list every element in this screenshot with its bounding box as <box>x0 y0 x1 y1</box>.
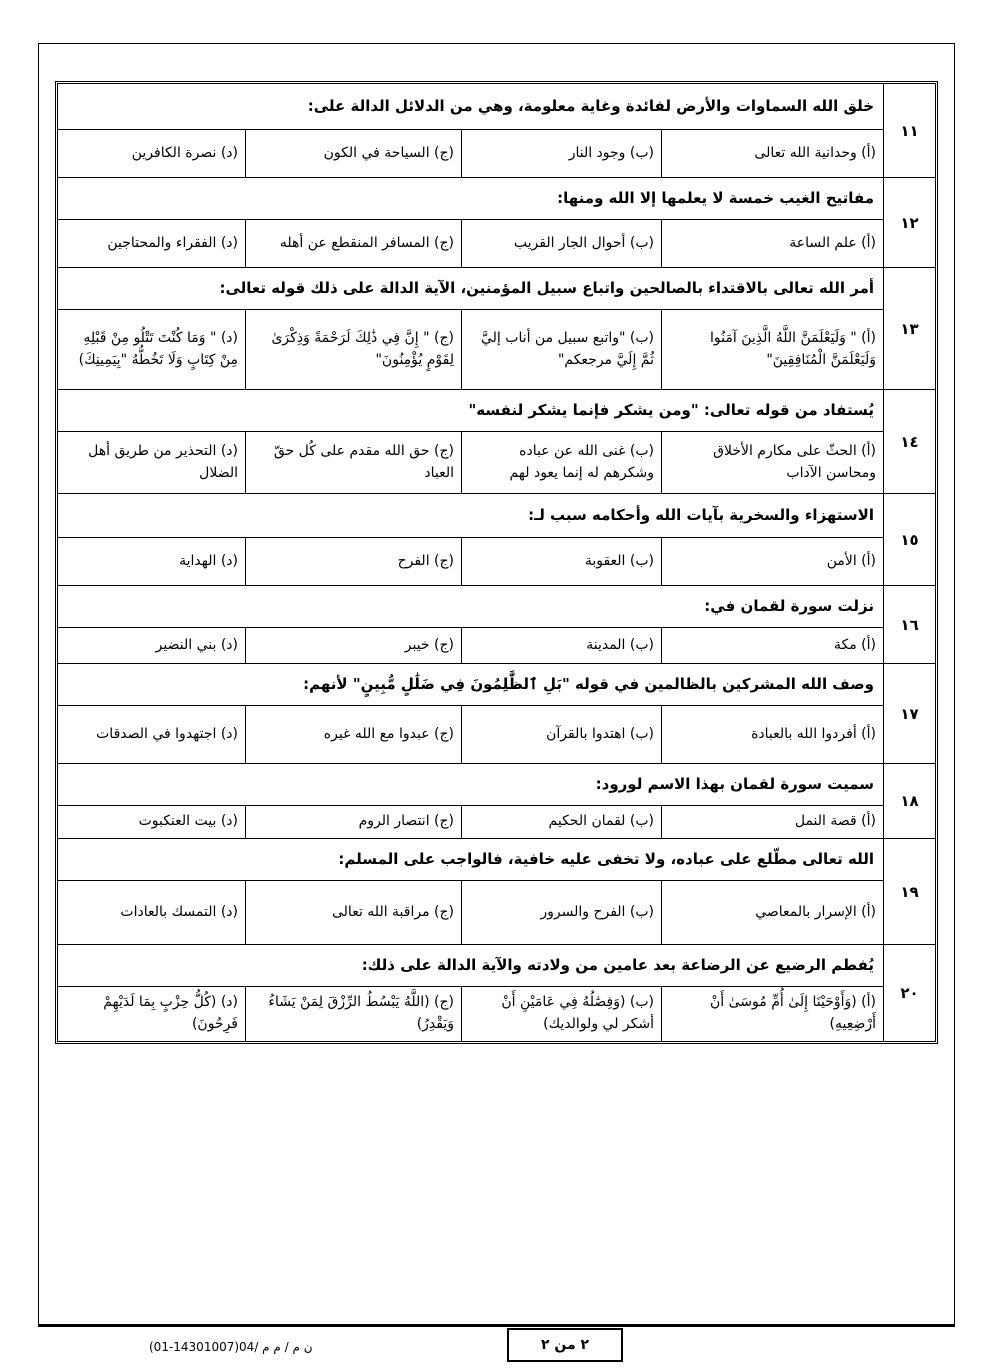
option-b: (ب) المدينة <box>462 628 662 664</box>
question-number: ٢٠ <box>884 945 936 1042</box>
option-a: (أ) علم الساعة <box>662 220 884 268</box>
option-c: (ج) حق الله مقدم على كُل حقّ العباد <box>246 432 462 494</box>
option-a: (أ) الإسرار بالمعاصي <box>662 881 884 945</box>
question-text: الاستهزاء والسخرية بآيات الله وأحكامه سب… <box>57 494 883 538</box>
option-d: (د) بيت العنكبوت <box>57 806 245 839</box>
question-text: يُستفاد من قوله تعالى: "ومن يشكر فإنما ي… <box>57 390 883 432</box>
option-c: (ج) خيبر <box>246 628 462 664</box>
option-c: (ج) (اللَّهُ يَبْسُطُ الرِّزْقَ لِمَنْ ي… <box>246 987 462 1042</box>
option-b: (ب) الفرح والسرور <box>462 881 662 945</box>
question-block: ١٣ أمر الله تعالى بالاقتداء بالصالحين وا… <box>57 268 935 390</box>
page-frame: ١١ خلق الله السماوات والأرض لفائدة وغاية… <box>38 43 955 1327</box>
option-a: (أ) الحثّ على مكارم الأخلاق ومحاسن الآدا… <box>662 432 884 494</box>
option-b: (ب) اهتدوا بالقرآن <box>462 706 662 764</box>
option-d: (د) (كُلُّ حِزْبٍ بِمَا لَدَيْهِمْ فَرِح… <box>57 987 245 1042</box>
option-a: (أ) الأمن <box>662 538 884 586</box>
footer-code-label: ن م / م م /04 <box>239 1340 313 1354</box>
option-d: (د) التمسك بالعادات <box>57 881 245 945</box>
option-a: (أ) وحدانية الله تعالى <box>662 130 884 178</box>
question-number: ١٣ <box>884 268 936 390</box>
question-text: الله تعالى مطّلع على عباده، ولا تخفى علي… <box>57 839 883 881</box>
question-text: سميت سورة لقمان بهذا الاسم لورود: <box>57 764 883 806</box>
question-block: ١٨ سميت سورة لقمان بهذا الاسم لورود: (أ)… <box>57 764 935 839</box>
option-d: (د) اجتهدوا في الصدقات <box>57 706 245 764</box>
question-text: أمر الله تعالى بالاقتداء بالصالحين واتبا… <box>57 268 883 310</box>
option-d: (د) التحذير من طريق أهل الضلال <box>57 432 245 494</box>
question-number: ١٥ <box>884 494 936 586</box>
option-d: (د) الهداية <box>57 538 245 586</box>
question-block: ١١ خلق الله السماوات والأرض لفائدة وغاية… <box>57 84 935 178</box>
option-c: (ج) مراقبة الله تعالى <box>246 881 462 945</box>
option-a: (أ) قصة النمل <box>662 806 884 839</box>
option-a: (أ) (وَأَوْحَيْنَا إِلَىٰ أُمِّ مُوسَىٰ … <box>662 987 884 1042</box>
option-c: (ج) انتصار الروم <box>246 806 462 839</box>
questions-table-wrap: ١١ خلق الله السماوات والأرض لفائدة وغاية… <box>55 81 938 1044</box>
option-b: (ب) العقوبة <box>462 538 662 586</box>
option-c: (ج) السياحة في الكون <box>246 130 462 178</box>
footer-code-number: (01-14301007) <box>149 1340 239 1354</box>
question-block: ١٩ الله تعالى مطّلع على عباده، ولا تخفى … <box>57 839 935 945</box>
option-b: (ب) (وَفِصَٰلُهُ فِي عَامَيْنِ أَنْ أشكر… <box>462 987 662 1042</box>
question-block: ١٧ وصف الله المشركين بالظالمين في قوله "… <box>57 664 935 764</box>
question-block: ١٤ يُستفاد من قوله تعالى: "ومن يشكر فإنم… <box>57 390 935 494</box>
option-d: (د) بني النضير <box>57 628 245 664</box>
question-number: ١٧ <box>884 664 936 764</box>
option-d: (د) نصرة الكافرين <box>57 130 245 178</box>
exam-page: { "colors": { "text": "#000000", "border… <box>0 0 993 1370</box>
option-b: (ب) لقمان الحكيم <box>462 806 662 839</box>
option-b: (ب) غنى الله عن عباده وشكرهم له إنما يعو… <box>462 432 662 494</box>
question-block: ٢٠ يُفطم الرضيع عن الرضاعة بعد عامين من … <box>57 945 935 1042</box>
footer-code: ن م / م م /04(01-14301007) <box>149 1340 313 1354</box>
question-number: ١١ <box>884 84 936 178</box>
question-block: ١٢ مفاتيح الغيب خمسة لا يعلمها إلا الله … <box>57 178 935 268</box>
question-text: يُفطم الرضيع عن الرضاعة بعد عامين من ولا… <box>57 945 883 987</box>
option-d: (د) " وَمَا كُنْتَ تَتْلُو مِنْ قَبْلِهِ… <box>57 310 245 390</box>
questions-table: ١١ خلق الله السماوات والأرض لفائدة وغاية… <box>57 83 936 1042</box>
question-block: ١٦ نزلت سورة لقمان في: (أ) مكة (ب) المدي… <box>57 586 935 664</box>
question-number: ١٨ <box>884 764 936 839</box>
option-b: (ب) "واتبع سبيل من أناب إليَّ ثُمَّ إِلَ… <box>462 310 662 390</box>
question-number: ١٦ <box>884 586 936 664</box>
option-b: (ب) وجود النار <box>462 130 662 178</box>
question-text: خلق الله السماوات والأرض لفائدة وغاية مع… <box>57 84 883 130</box>
question-number: ١٢ <box>884 178 936 268</box>
option-a: (أ) أفردوا الله بالعبادة <box>662 706 884 764</box>
question-text: مفاتيح الغيب خمسة لا يعلمها إلا الله ومن… <box>57 178 883 220</box>
option-c: (ج) " إِنَّ فِي ذَٰلِكَ لَرَحْمَةً وَذِك… <box>246 310 462 390</box>
page-number-box: ٢ من ٢ <box>507 1328 623 1362</box>
option-c: (ج) عبدوا مع الله غيره <box>246 706 462 764</box>
option-a: (أ) " وَلَيَعْلَمَنَّ اللَّهُ الَّذِينَ … <box>662 310 884 390</box>
question-text: وصف الله المشركين بالظالمين في قوله "بَل… <box>57 664 883 706</box>
option-d: (د) الفقراء والمحتاجين <box>57 220 245 268</box>
option-c: (ج) الفرح <box>246 538 462 586</box>
question-text: نزلت سورة لقمان في: <box>57 586 883 628</box>
option-b: (ب) أحوال الجار القريب <box>462 220 662 268</box>
option-a: (أ) مكة <box>662 628 884 664</box>
question-number: ١٤ <box>884 390 936 494</box>
question-number: ١٩ <box>884 839 936 945</box>
question-block: ١٥ الاستهزاء والسخرية بآيات الله وأحكامه… <box>57 494 935 586</box>
option-c: (ج) المسافر المنقطع عن أهله <box>246 220 462 268</box>
